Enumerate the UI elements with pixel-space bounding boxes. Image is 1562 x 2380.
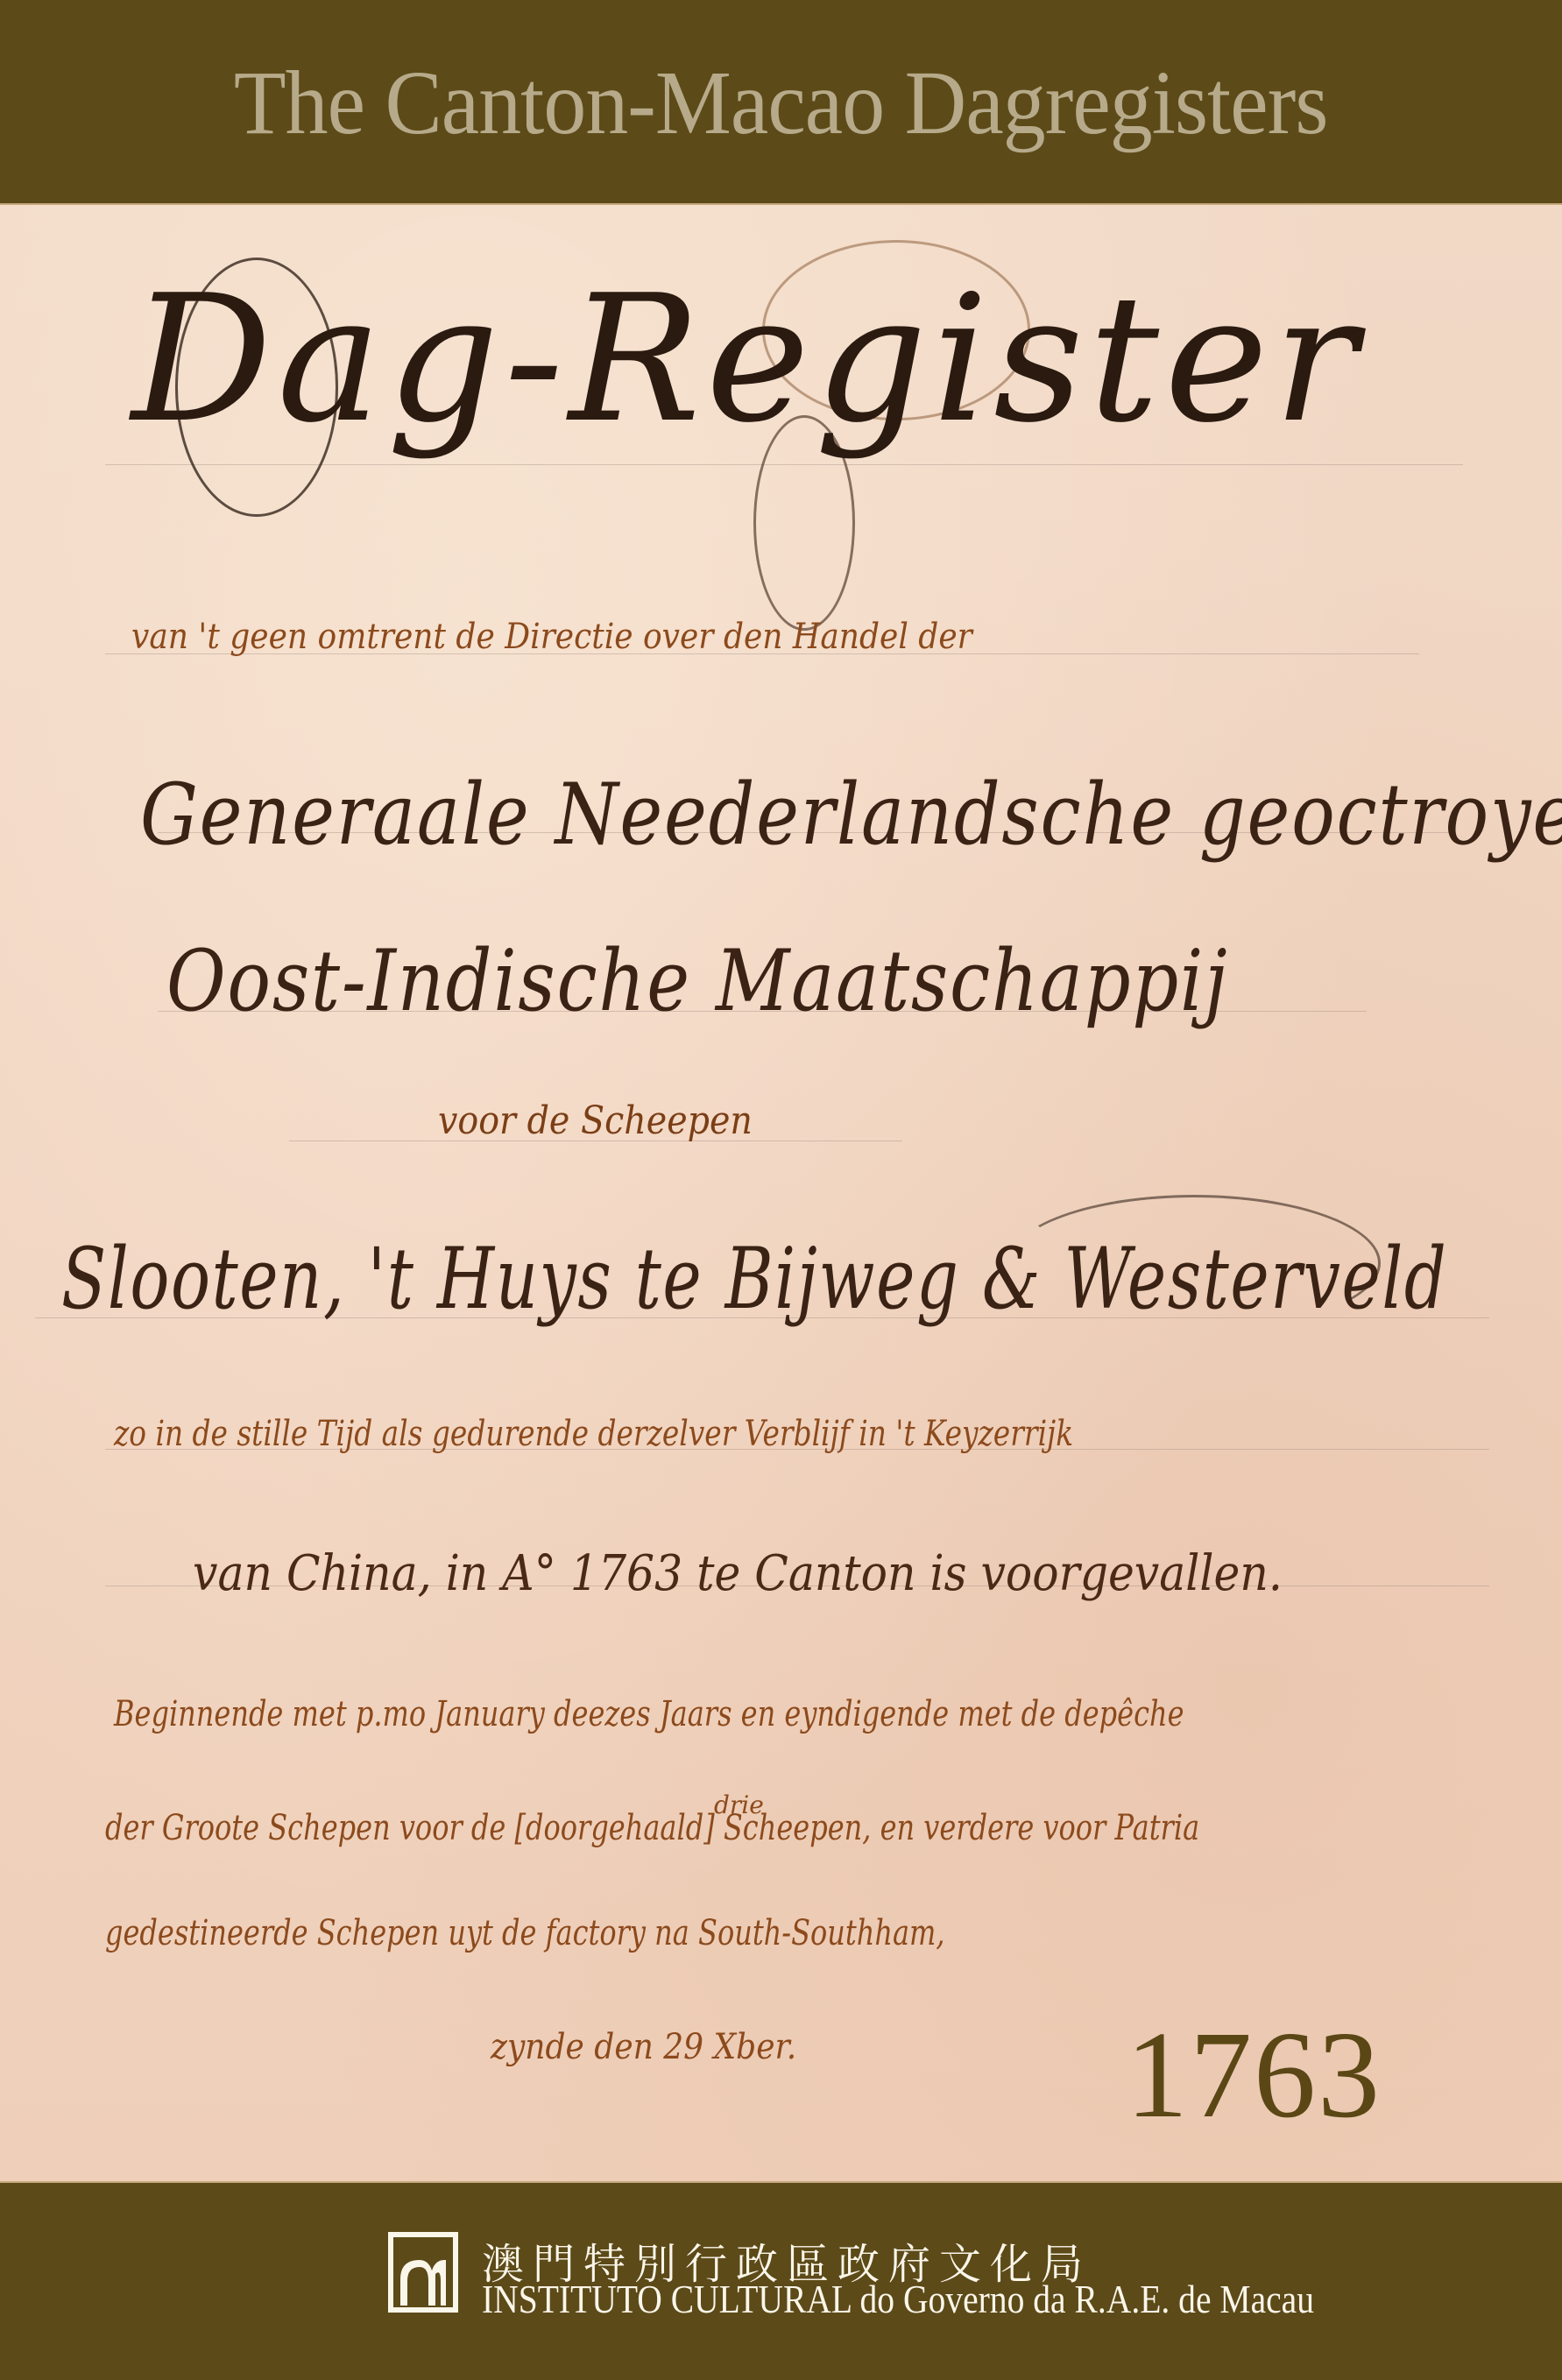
instituto-cultural-logo-icon — [388, 2232, 458, 2313]
title-band: The Canton-Macao Dagregisters — [0, 0, 1562, 205]
manuscript-line-11: zynde den 29 Xber. — [491, 2027, 796, 2067]
manuscript-line-6: zo in de stille Tijd als gedurende derze… — [114, 1414, 1073, 1454]
publisher-name-portuguese: INSTITUTO CULTURAL do Governo da R.A.E. … — [482, 2276, 1314, 2322]
manuscript-line-8: Beginnende met p.mo January deezes Jaars… — [114, 1694, 1184, 1734]
manuscript-line-2: Generaale Neederlandsche geoctroyeerde — [140, 766, 1562, 864]
book-title: The Canton-Macao Dagregisters — [234, 58, 1328, 149]
manuscript-line-3: Oost-Indische Maatschappij — [166, 932, 1228, 1030]
manuscript-line-5: Slooten, 't Huys te Bijweg & Westerveld — [61, 1230, 1447, 1328]
manuscript-page: Dag-Register van 't geen omtrent de Dire… — [0, 205, 1562, 2181]
manuscript-line-9: der Groote Schepen voor de [doorgehaald]… — [105, 1808, 1199, 1848]
manuscript-line-1: van 't geen omtrent de Directie over den… — [131, 617, 972, 657]
manuscript-line-4: voor de Scheepen — [438, 1098, 753, 1143]
year-label: 1763 — [1126, 2002, 1382, 2146]
manuscript-line-10: gedestineerde Schepen uyt de factory na … — [105, 1913, 945, 1953]
manuscript-line-7: van China, in A° 1763 te Canton is voorg… — [193, 1545, 1283, 1602]
manuscript-title: Dag-Register — [131, 258, 1362, 462]
